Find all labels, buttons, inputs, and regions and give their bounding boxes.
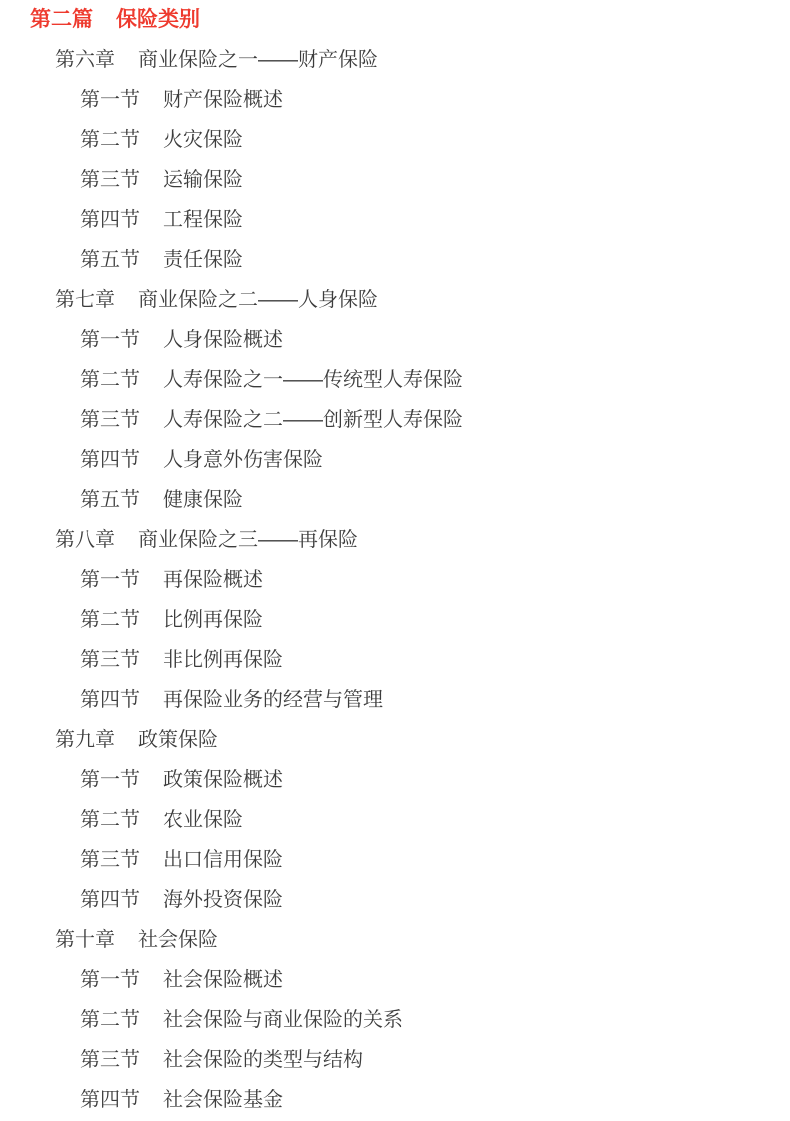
section-label: 第二节 bbox=[80, 600, 140, 640]
section-row: 第一节人身保险概述 bbox=[0, 320, 790, 360]
section-row: 第四节海外投资保险 bbox=[0, 880, 790, 920]
chapter-label: 第六章 bbox=[55, 40, 115, 80]
section-label: 第四节 bbox=[80, 200, 140, 240]
section-row: 第一节政策保险概述 bbox=[0, 760, 790, 800]
section-label: 第三节 bbox=[80, 640, 140, 680]
section-label: 第二节 bbox=[80, 1000, 140, 1040]
section-label: 第五节 bbox=[80, 480, 140, 520]
section-row: 第四节工程保险 bbox=[0, 200, 790, 240]
chapter-title: 政策保险 bbox=[138, 720, 218, 760]
section-row: 第二节农业保险 bbox=[0, 800, 790, 840]
section-row: 第三节社会保险的类型与结构 bbox=[0, 1040, 790, 1080]
part-label: 第二篇 bbox=[30, 0, 93, 40]
section-row: 第一节社会保险概述 bbox=[0, 960, 790, 1000]
toc-list: 第六章商业保险之一——财产保险第一节财产保险概述第二节火灾保险第三节运输保险第四… bbox=[0, 40, 790, 1120]
section-row: 第三节人寿保险之二——创新型人寿保险 bbox=[0, 400, 790, 440]
section-title: 责任保险 bbox=[163, 240, 243, 280]
section-label: 第一节 bbox=[80, 760, 140, 800]
section-title: 人身意外伤害保险 bbox=[163, 440, 323, 480]
section-row: 第二节火灾保险 bbox=[0, 120, 790, 160]
section-row: 第一节再保险概述 bbox=[0, 560, 790, 600]
section-title: 人寿保险之二——创新型人寿保险 bbox=[163, 400, 463, 440]
section-title: 工程保险 bbox=[163, 200, 243, 240]
section-label: 第一节 bbox=[80, 320, 140, 360]
part-title: 保险类别 bbox=[116, 0, 200, 40]
chapter-title: 商业保险之一——财产保险 bbox=[138, 40, 378, 80]
chapter-row: 第十章社会保险 bbox=[0, 920, 790, 960]
chapter-label: 第七章 bbox=[55, 280, 115, 320]
section-row: 第四节社会保险基金 bbox=[0, 1080, 790, 1120]
section-row: 第二节比例再保险 bbox=[0, 600, 790, 640]
section-label: 第四节 bbox=[80, 440, 140, 480]
section-row: 第三节出口信用保险 bbox=[0, 840, 790, 880]
section-row: 第二节社会保险与商业保险的关系 bbox=[0, 1000, 790, 1040]
section-label: 第三节 bbox=[80, 400, 140, 440]
section-label: 第一节 bbox=[80, 560, 140, 600]
section-title: 健康保险 bbox=[163, 480, 243, 520]
chapter-row: 第七章商业保险之二——人身保险 bbox=[0, 280, 790, 320]
section-title: 火灾保险 bbox=[163, 120, 243, 160]
section-title: 比例再保险 bbox=[163, 600, 263, 640]
section-label: 第五节 bbox=[80, 240, 140, 280]
chapter-row: 第八章商业保险之三——再保险 bbox=[0, 520, 790, 560]
section-label: 第二节 bbox=[80, 360, 140, 400]
section-title: 再保险概述 bbox=[163, 560, 263, 600]
section-row: 第五节健康保险 bbox=[0, 480, 790, 520]
section-title: 社会保险概述 bbox=[163, 960, 283, 1000]
section-title: 社会保险基金 bbox=[163, 1080, 283, 1120]
section-label: 第四节 bbox=[80, 880, 140, 920]
part-heading: 第二篇 保险类别 bbox=[0, 0, 790, 40]
section-label: 第二节 bbox=[80, 800, 140, 840]
section-title: 农业保险 bbox=[163, 800, 243, 840]
section-title: 社会保险与商业保险的关系 bbox=[163, 1000, 403, 1040]
section-row: 第四节人身意外伤害保险 bbox=[0, 440, 790, 480]
chapter-row: 第九章政策保险 bbox=[0, 720, 790, 760]
chapter-label: 第九章 bbox=[55, 720, 115, 760]
section-label: 第三节 bbox=[80, 1040, 140, 1080]
section-row: 第一节财产保险概述 bbox=[0, 80, 790, 120]
section-label: 第一节 bbox=[80, 80, 140, 120]
section-title: 政策保险概述 bbox=[163, 760, 283, 800]
chapter-title: 商业保险之三——再保险 bbox=[138, 520, 358, 560]
section-title: 财产保险概述 bbox=[163, 80, 283, 120]
section-label: 第四节 bbox=[80, 680, 140, 720]
chapter-row: 第六章商业保险之一——财产保险 bbox=[0, 40, 790, 80]
section-row: 第三节非比例再保险 bbox=[0, 640, 790, 680]
chapter-title: 社会保险 bbox=[138, 920, 218, 960]
section-title: 非比例再保险 bbox=[163, 640, 283, 680]
section-label: 第二节 bbox=[80, 120, 140, 160]
chapter-label: 第八章 bbox=[55, 520, 115, 560]
toc-page: 第二篇 保险类别 第六章商业保险之一——财产保险第一节财产保险概述第二节火灾保险… bbox=[0, 0, 790, 1121]
section-label: 第三节 bbox=[80, 160, 140, 200]
chapter-title: 商业保险之二——人身保险 bbox=[138, 280, 378, 320]
section-label: 第三节 bbox=[80, 840, 140, 880]
section-row: 第五节责任保险 bbox=[0, 240, 790, 280]
section-title: 人寿保险之一——传统型人寿保险 bbox=[163, 360, 463, 400]
chapter-label: 第十章 bbox=[55, 920, 115, 960]
section-title: 运输保险 bbox=[163, 160, 243, 200]
section-label: 第四节 bbox=[80, 1080, 140, 1120]
section-title: 再保险业务的经营与管理 bbox=[163, 680, 383, 720]
section-row: 第四节再保险业务的经营与管理 bbox=[0, 680, 790, 720]
section-title: 社会保险的类型与结构 bbox=[163, 1040, 363, 1080]
table-of-contents: 第二篇 保险类别 第六章商业保险之一——财产保险第一节财产保险概述第二节火灾保险… bbox=[0, 0, 790, 1120]
section-title: 海外投资保险 bbox=[163, 880, 283, 920]
section-title: 人身保险概述 bbox=[163, 320, 283, 360]
section-title: 出口信用保险 bbox=[163, 840, 283, 880]
section-label: 第一节 bbox=[80, 960, 140, 1000]
section-row: 第三节运输保险 bbox=[0, 160, 790, 200]
section-row: 第二节人寿保险之一——传统型人寿保险 bbox=[0, 360, 790, 400]
